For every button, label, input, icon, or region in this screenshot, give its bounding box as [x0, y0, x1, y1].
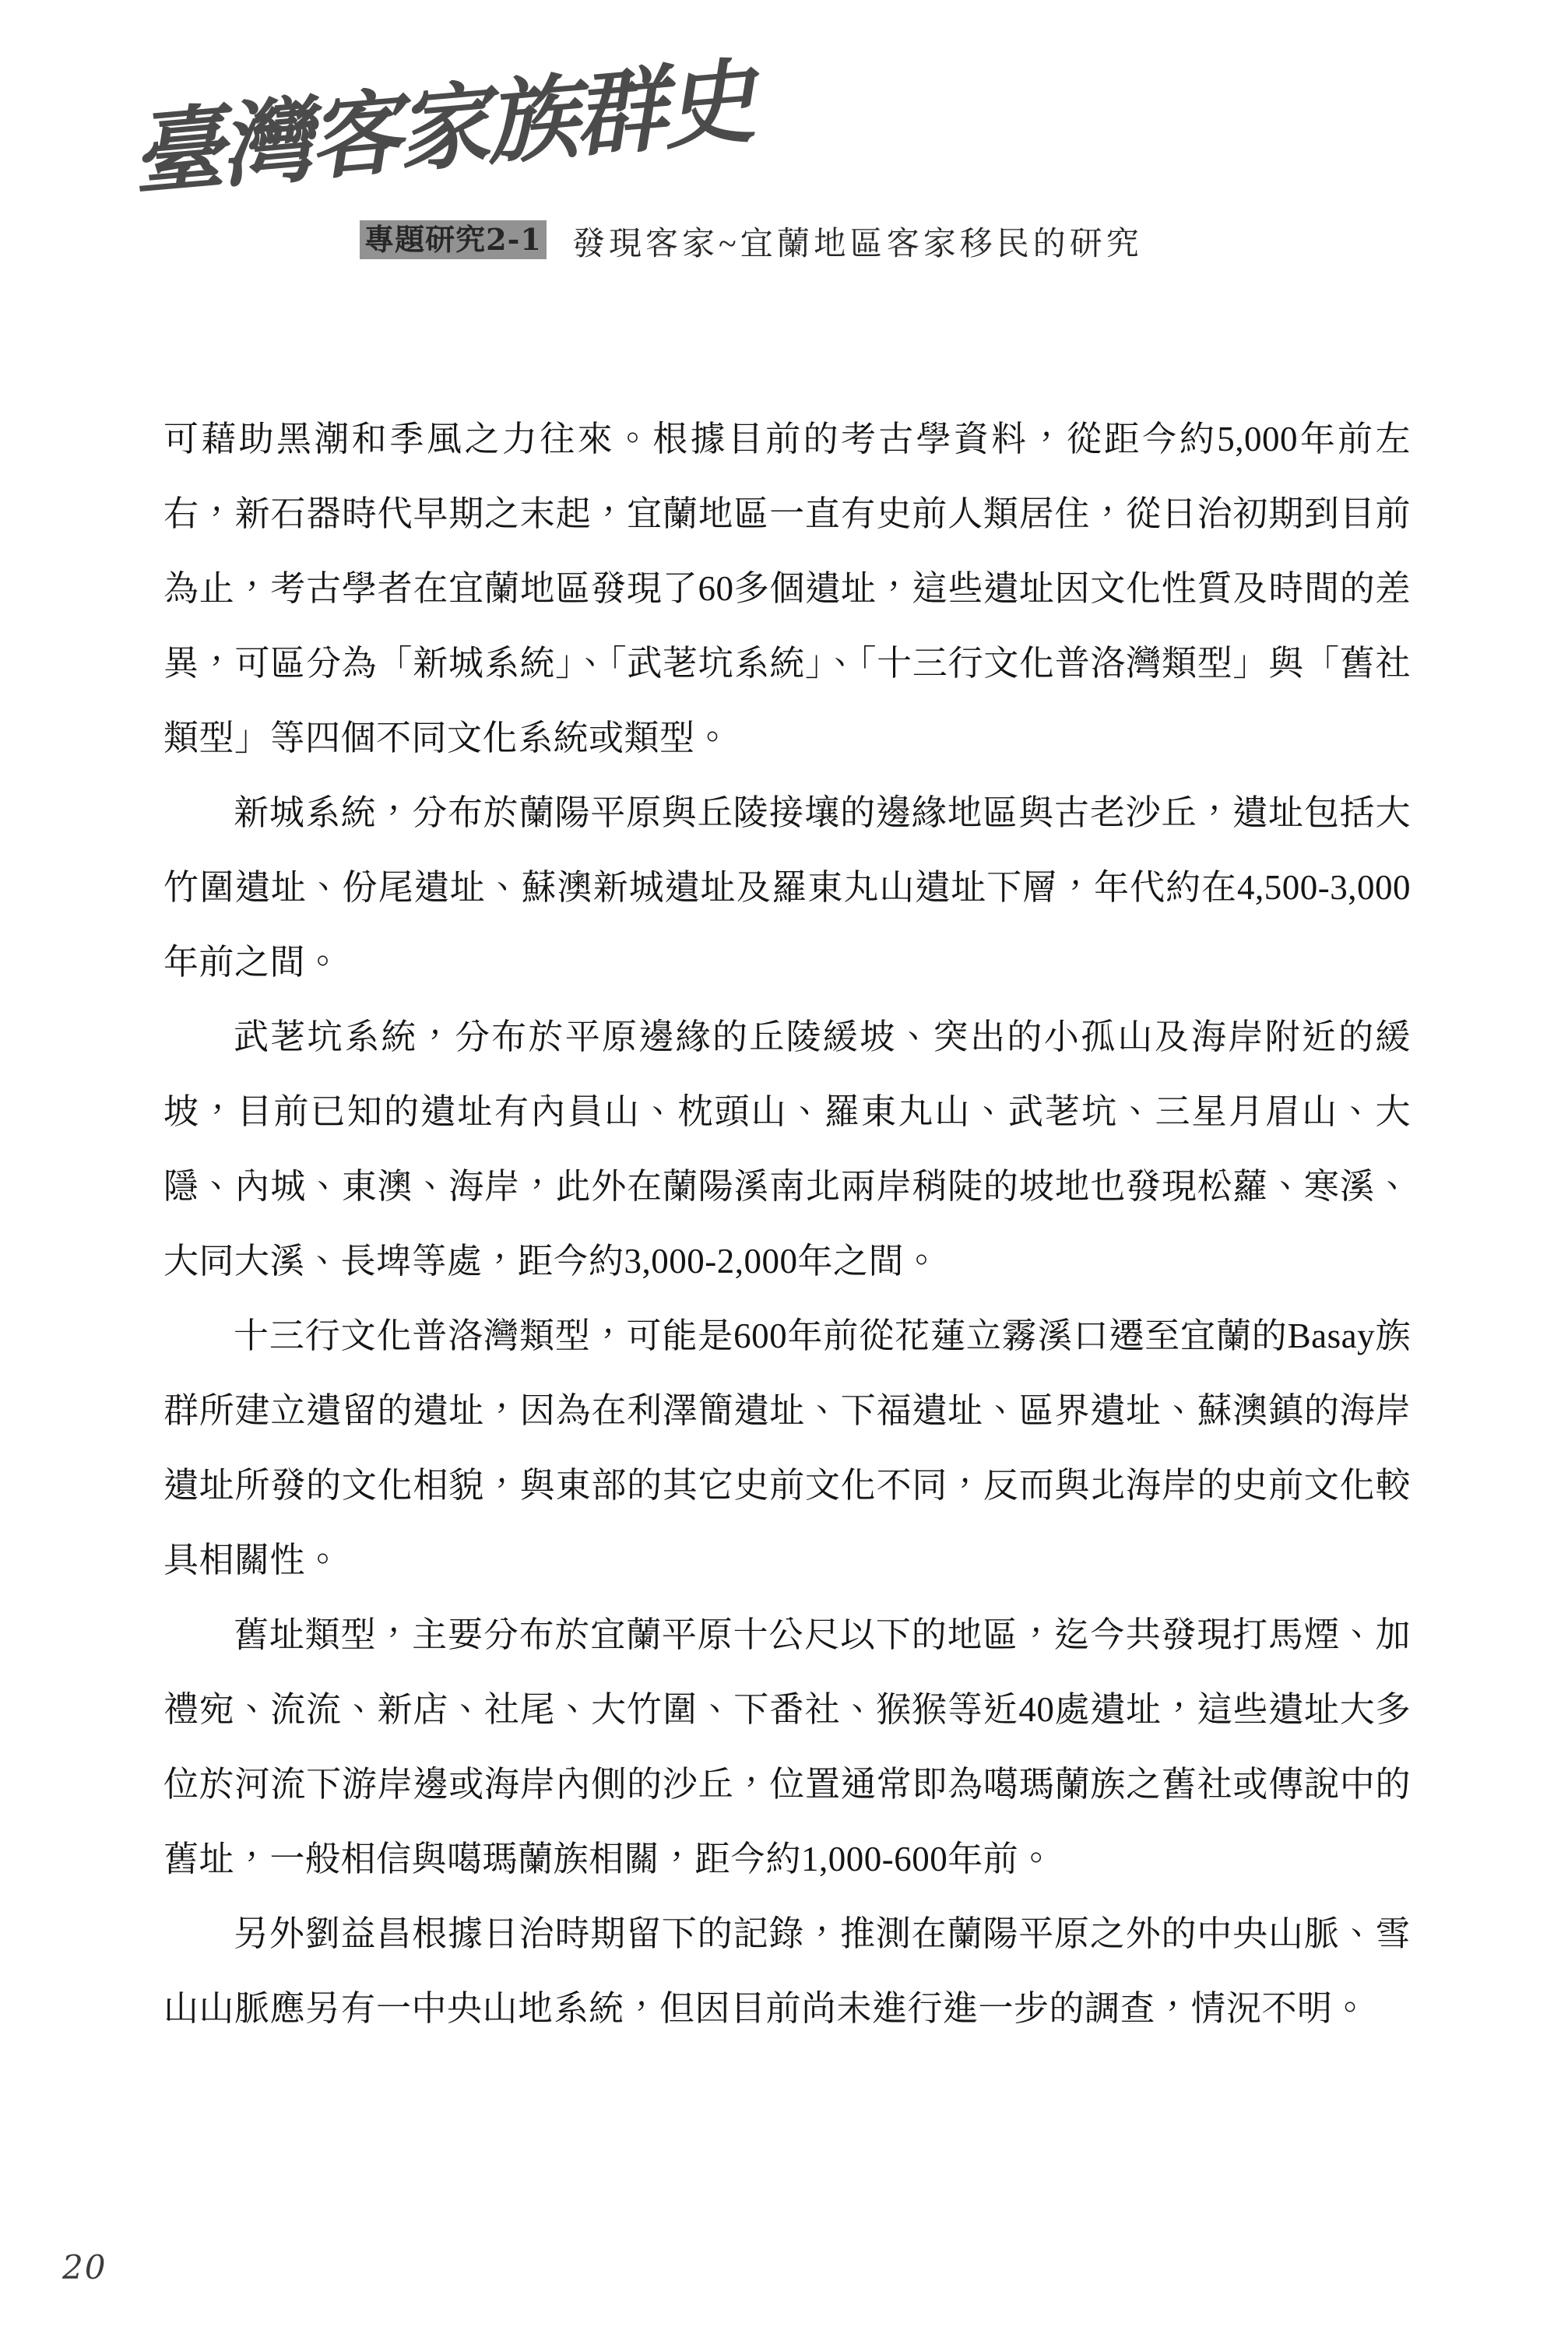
chapter-subtitle: 發現客家~宜蘭地區客家移民的研究	[572, 224, 1143, 265]
book-title-calligraphy: 臺灣客家族群史	[128, 48, 835, 201]
paragraph-1: 可藉助黑潮和季風之力往來。根據目前的考古學資料，從距今約5,000年前左右，新石…	[163, 402, 1411, 775]
paragraph-3: 武荖坑系統，分布於平原邊緣的丘陵緩坡、突出的小孤山及海岸附近的緩坡，目前已知的遺…	[163, 1000, 1411, 1299]
paragraph-6: 另外劉益昌根據日治時期留下的記錄，推測在蘭陽平原之外的中央山脈、雪山山脈應另有一…	[163, 1896, 1411, 2046]
series-badge: 專題研究2-1	[360, 220, 547, 259]
scanned-book-page: 臺灣客家族群史 專題研究2-1 發現客家~宜蘭地區客家移民的研究 可藉助黑潮和季…	[0, 0, 1568, 2337]
paragraph-4: 十三行文化普洛灣類型，可能是600年前從花蓮立霧溪口遷至宜蘭的Basay族群所建…	[163, 1299, 1411, 1597]
body-text: 可藉助黑潮和季風之力往來。根據目前的考古學資料，從距今約5,000年前左右，新石…	[163, 402, 1411, 2046]
book-header: 臺灣客家族群史 專題研究2-1 發現客家~宜蘭地區客家移民的研究	[0, 0, 1568, 335]
page-number: 20	[62, 2248, 107, 2286]
paragraph-5: 舊址類型，主要分布於宜蘭平原十公尺以下的地區，迄今共發現打馬煙、加禮宛、流流、新…	[163, 1597, 1411, 1896]
paragraph-2: 新城系統，分布於蘭陽平原與丘陵接壤的邊緣地區與古老沙丘，遺址包括大竹圍遺址、份尾…	[163, 775, 1411, 1000]
